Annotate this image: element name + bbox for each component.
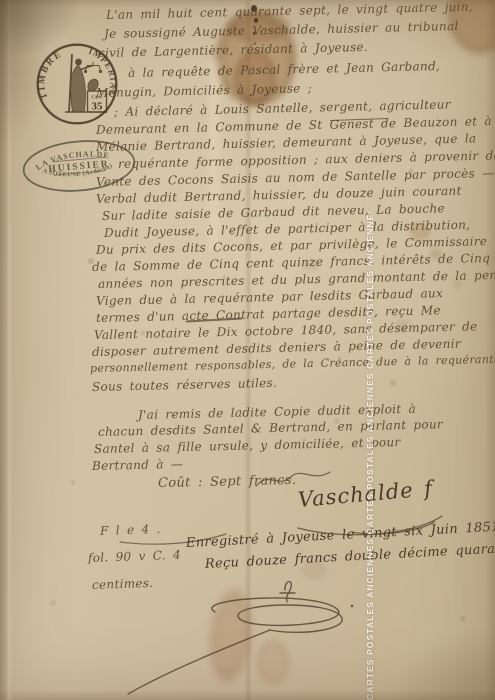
margin-note: fol. 90 v C. 4 [88, 548, 181, 565]
signature: Vaschalde f [297, 476, 434, 512]
margin-note: centimes. [92, 576, 154, 592]
handwriting-line: Santel à sa fille ursule, y domiciliée, … [94, 435, 401, 456]
handwriting-line: civil de Largentière, résidant à Joyeuse… [98, 40, 368, 60]
handwriting-line: Sous toutes réserves utiles. [92, 376, 277, 394]
handwriting-line: Je soussigné Auguste Vaschalde, huissier… [104, 19, 459, 41]
handwritten-text: L'an mil huit cent quarante sept, le vin… [0, 0, 495, 700]
handwriting-line: à la requête de Pascal frère et Jean Gar… [128, 59, 440, 80]
handwriting-line: Bertrand à — [92, 457, 183, 473]
handwriting-line: L'an mil huit cent quarante sept, le vin… [106, 0, 473, 22]
margin-note: F l e 4 . [100, 522, 161, 538]
handwriting-line: Coût : Sept francs. [158, 473, 297, 491]
document-scan: TIMBRE IMPERIAL CEN 35 LA VASCHALDE [0, 0, 495, 700]
handwriting-line: Ménugin, Domiciliés à Joyeuse ; [96, 81, 312, 100]
